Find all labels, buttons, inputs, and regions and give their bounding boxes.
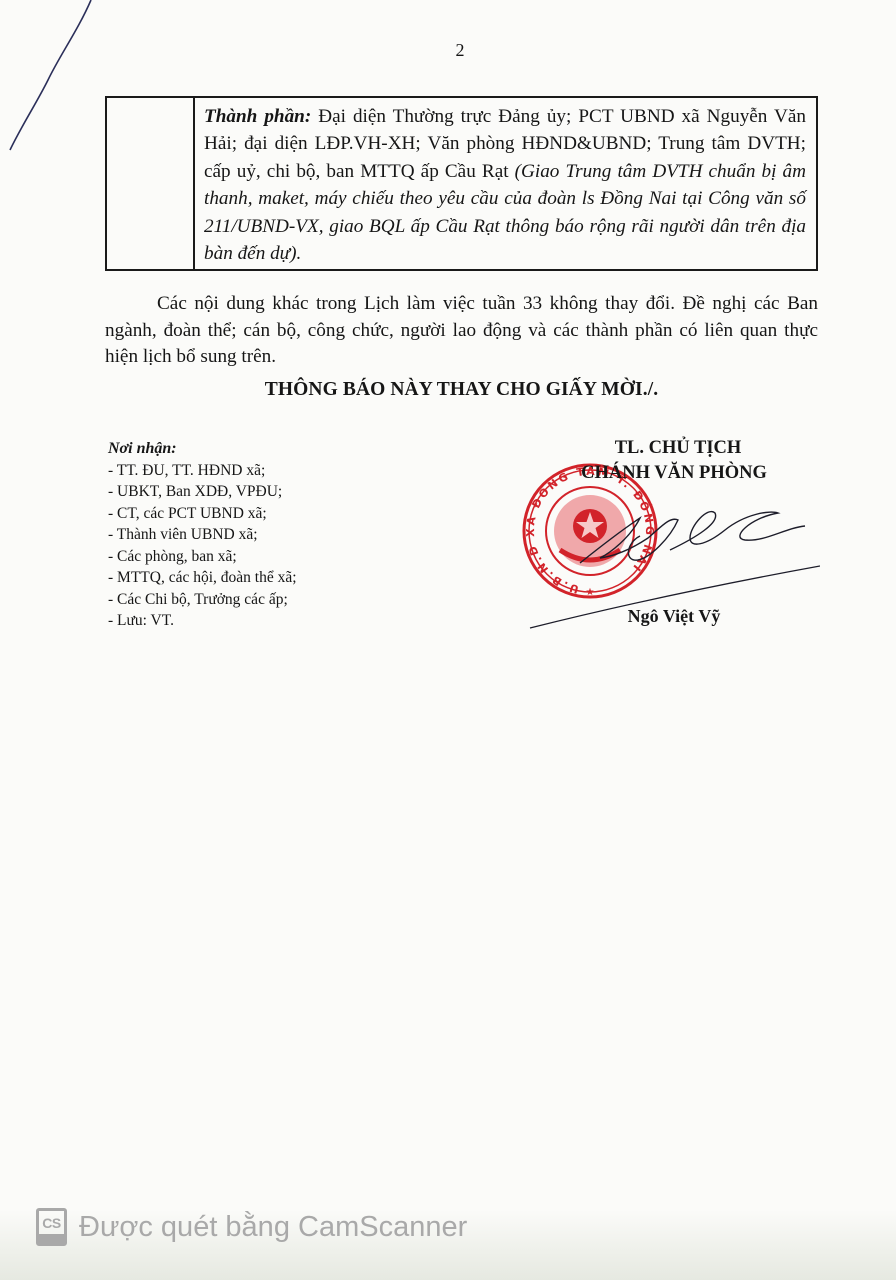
table-cell-content: Thành phần: Đại diện Thường trực Đảng ủy… xyxy=(195,98,816,269)
closing-statement: THÔNG BÁO NÀY THAY CHO GIẤY MỜI./. xyxy=(105,379,818,401)
recipients-title: Nơi nhận: xyxy=(108,438,388,460)
recipient-item: - CT, các PCT UBND xã; xyxy=(108,503,388,525)
recipient-item: - Thành viên UBND xã; xyxy=(108,524,388,546)
signature-block: U.B.N.D XÃ ĐÔNG TÂM T. ĐỒNG NAI ★ TL. CH… xyxy=(520,438,820,638)
recipient-item: - Các phòng, ban xã; xyxy=(108,546,388,568)
pen-mark xyxy=(0,0,120,170)
recipient-item: - UBKT, Ban XDĐ, VPĐU; xyxy=(108,481,388,503)
page-number: 2 xyxy=(0,40,896,61)
camscanner-watermark: CS Được quét bằng CamScanner xyxy=(36,1208,467,1246)
schedule-table: Thành phần: Đại diện Thường trực Đảng ủy… xyxy=(105,96,818,271)
camscanner-icon: CS xyxy=(36,1208,67,1246)
signer-name: Ngô Việt Vỹ xyxy=(520,606,820,627)
recipient-item: - Lưu: VT. xyxy=(108,610,388,632)
body-paragraph: Các nội dung khác trong Lịch làm việc tu… xyxy=(105,291,818,371)
recipients-list: Nơi nhận: - TT. ĐU, TT. HĐND xã; - UBKT,… xyxy=(108,438,388,632)
recipient-item: - MTTQ, các hội, đoàn thể xã; xyxy=(108,567,388,589)
table-cell-time xyxy=(107,98,195,269)
recipient-item: - Các Chi bộ, Trưởng các ấp; xyxy=(108,589,388,611)
signature-title: TL. CHỦ TỊCH xyxy=(528,438,828,459)
participants-label: Thành phần: xyxy=(204,106,311,127)
watermark-text: Được quét bằng CamScanner xyxy=(79,1211,467,1244)
recipient-item: - TT. ĐU, TT. HĐND xã; xyxy=(108,460,388,482)
